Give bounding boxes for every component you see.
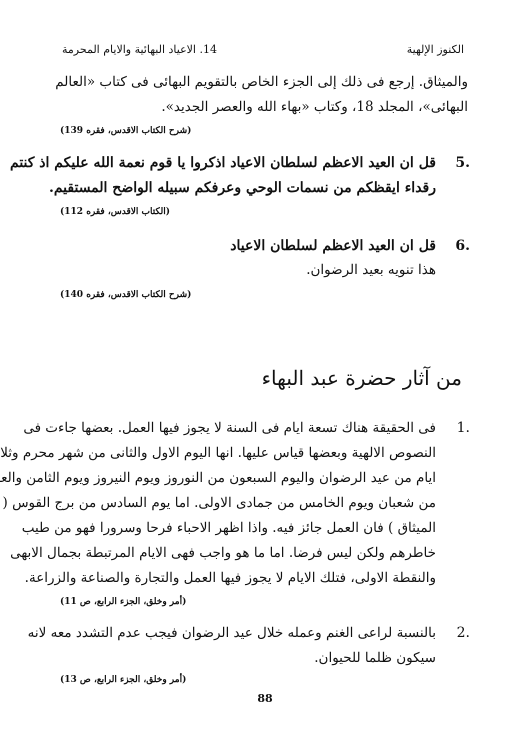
intro-line-1: والميثاق. إرجع فى ذلك إلى الجزء الخاص با… bbox=[60, 74, 468, 90]
item-line: الميثاق ) فان العمل جائز فيه. واذا اظهر … bbox=[60, 520, 436, 536]
item-line: فى الحقيقة هناك تسعة ايام فى السنة لا يج… bbox=[60, 420, 436, 436]
item-line: ايام من عيد الرضوان واليوم السبعون من ال… bbox=[60, 470, 436, 486]
document-page: الكنوز الإلهية 14. الاعياد البهائية والا… bbox=[0, 0, 530, 750]
item-line: والنقطة الاولى، فتلك الايام لا يجوز فيها… bbox=[60, 570, 436, 586]
item-number: 1. bbox=[457, 420, 470, 436]
item-line: بالنسبة لراعى الغنم وعمله خلال عيد الرضو… bbox=[60, 625, 436, 641]
intro-line-2: البهائى»، المجلد 18، وكتاب «بهاء الله وا… bbox=[60, 99, 468, 115]
quote-line: رقداء ايقظكم من نسمات الوحي وعرفكم سبيله… bbox=[60, 180, 436, 196]
quote-line: قل ان العيد الاعظم لسلطان الاعياد bbox=[230, 238, 436, 254]
quote-line: قل ان العيد الاعظم لسلطان الاعياد اذكروا… bbox=[60, 155, 436, 171]
quote-reference: (شرح الكتاب الاقدس، فقره 140) bbox=[60, 290, 191, 300]
item-line: من شعبان ويوم الخامس من جمادى الاولى. ام… bbox=[60, 495, 436, 511]
section-title: من آثار حضرة عبد البهاء bbox=[262, 366, 462, 390]
item-reference: (أمر وخلق، الجزء الرابع، ص 13) bbox=[60, 675, 186, 685]
page-number: 88 bbox=[0, 692, 530, 705]
item-number: 2. bbox=[457, 625, 470, 641]
item-line: خاطرهم ولكن ليس فرضا. اما ما هو واجب فهى… bbox=[60, 545, 436, 561]
quote-commentary: هذا تنويه بعيد الرضوان. bbox=[306, 262, 436, 278]
item-line: النصوص الالهية وبعضها قياس عليها. انها ا… bbox=[60, 445, 436, 461]
running-header-book-title: الكنوز الإلهية bbox=[407, 43, 464, 56]
running-header-chapter-title: 14. الاعياد البهائية والايام المحرمة bbox=[62, 43, 217, 56]
item-reference: (أمر وخلق، الجزء الرابع، ص 11) bbox=[60, 597, 186, 607]
item-line: سيكون ظلما للحيوان. bbox=[60, 650, 436, 666]
quote-number: 6. bbox=[455, 238, 470, 254]
intro-reference: (شرح الكتاب الاقدس، فقره 139) bbox=[60, 126, 191, 136]
quote-reference: (الكتاب الاقدس، فقره 112) bbox=[60, 207, 170, 217]
quote-number: 5. bbox=[455, 155, 470, 171]
